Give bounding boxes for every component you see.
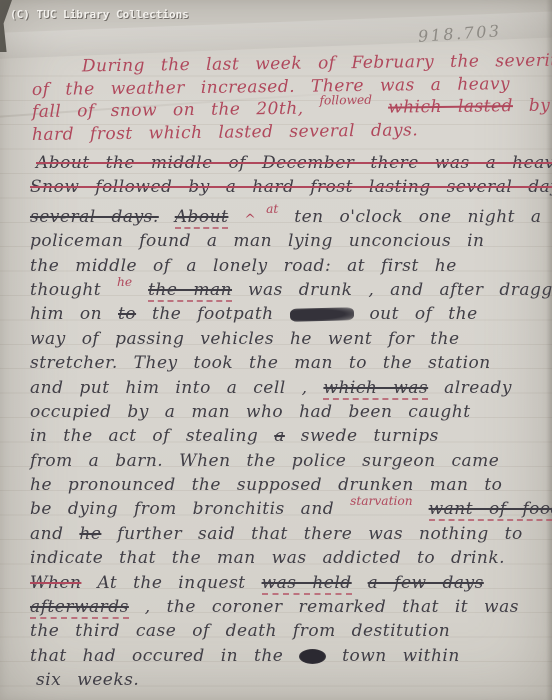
- struck-through-text: a few days: [368, 573, 484, 593]
- struck-through-text: a: [274, 426, 285, 446]
- handwritten-text: way of passing vehicles he went for the: [30, 329, 460, 349]
- handwritten-text: During the last week of February the sev…: [82, 50, 552, 76]
- handwritten-text: further said that there was nothing to: [117, 524, 522, 544]
- manuscript-line: several days. About ^ at ten o'clock one…: [30, 205, 540, 229]
- handwritten-text: out of the: [369, 304, 477, 324]
- manuscript-line: be dying from bronchitis and starvation …: [30, 497, 540, 521]
- handwritten-text: the footpath: [152, 304, 274, 324]
- manuscript-line: he pronounced the supposed drunken man t…: [30, 473, 540, 497]
- manuscript-line: policeman found a man lying unconcious i…: [30, 229, 540, 253]
- struck-through-text: About the middle of December there was a…: [36, 153, 552, 173]
- manuscript-line: thought he the man was drunk , and after…: [30, 278, 540, 302]
- scribbled-out-word: ink-blot: [299, 649, 326, 664]
- manuscript-line: the third case of death from destitution: [30, 619, 540, 643]
- struck-through-text: several days.: [30, 207, 159, 227]
- manuscript-line: and he further said that there was nothi…: [30, 522, 540, 546]
- caret-mark: ^: [244, 212, 256, 228]
- handwritten-text: occupied by a man who had been caught: [30, 402, 471, 422]
- manuscript-line: way of passing vehicles he went for the: [30, 327, 540, 351]
- handwritten-text: the third case of death from destitution: [30, 621, 450, 641]
- handwritten-text: the middle of a lonely road: at first he: [30, 256, 457, 276]
- handwritten-text: already: [444, 378, 512, 398]
- manuscript-line: About the middle of December there was a…: [30, 151, 540, 175]
- inserted-correction-text: at: [266, 202, 278, 216]
- handwritten-text: swede turnips: [301, 426, 439, 446]
- handwritten-text: ten o'clock one night a: [294, 207, 541, 227]
- handwritten-text: , the coroner remarked that it was: [145, 597, 519, 617]
- handwritten-text: policeman found a man lying unconcious i…: [30, 231, 485, 251]
- scribbled-out-word: scribbled-out: [289, 308, 353, 323]
- handwritten-text: that had occured in the: [30, 646, 283, 666]
- handwritten-text: in the act of stealing: [30, 426, 258, 446]
- manuscript-line: indicate that the man was addicted to dr…: [30, 546, 540, 570]
- struck-through-text: About: [175, 207, 229, 229]
- handwritten-text: from a barn. When the police surgeon cam…: [30, 451, 499, 471]
- handwritten-text: indicate that the man was addicted to dr…: [30, 548, 505, 568]
- manuscript-line: Snow followed by a hard frost lasting se…: [30, 175, 540, 199]
- struck-through-text: which was: [323, 378, 428, 400]
- manuscript-line: him on to the footpath scribbled-out out…: [30, 302, 540, 326]
- handwritten-text: stretcher. They took the man to the stat…: [30, 353, 491, 373]
- handwritten-text: he pronounced the supposed drunken man t…: [30, 475, 502, 495]
- manuscript-line: and put him into a cell , which was alre…: [30, 376, 540, 400]
- manuscript-line: the middle of a lonely road: at first he: [30, 254, 540, 278]
- manuscript-line: that had occured in the ink-blot town wi…: [30, 644, 540, 668]
- inserted-correction-text: followed: [319, 93, 372, 108]
- manuscript-line: from a barn. When the police surgeon cam…: [30, 449, 540, 473]
- handwritten-text: him on: [30, 304, 102, 324]
- handwritten-text: six weeks.: [36, 670, 139, 690]
- struck-through-text: which lasted: [388, 96, 513, 118]
- handwritten-text: town within: [342, 646, 460, 666]
- struck-through-text: the man: [148, 280, 232, 302]
- manuscript-line: occupied by a man who had been caught: [30, 400, 540, 424]
- handwritten-text: At: [97, 573, 117, 593]
- struck-through-text: want of food: [429, 499, 552, 521]
- struck-through-text: he: [79, 524, 101, 544]
- manuscript-line: six weeks.: [30, 668, 540, 692]
- handwritten-text: be dying from bronchitis and: [30, 499, 334, 519]
- struck-through-text: was held: [262, 573, 352, 595]
- inserted-correction-text: he: [117, 275, 132, 289]
- handwritten-text: hard frost which lasted several days.: [32, 120, 418, 145]
- handwritten-text: thought: [30, 280, 101, 300]
- struck-through-text: afterwards: [30, 597, 129, 619]
- manuscript-line: in the act of stealing a swede turnips: [30, 424, 540, 448]
- handwritten-text: fall of snow on the 20th,: [32, 99, 304, 122]
- handwritten-text: and: [30, 524, 63, 544]
- manuscript-lines: During the last week of February the sev…: [30, 56, 540, 693]
- handwritten-text: and put him into a cell ,: [30, 378, 308, 398]
- manuscript-line: afterwards , the coroner remarked that i…: [30, 595, 540, 619]
- inserted-correction-text: starvation: [350, 494, 413, 508]
- handwritten-text: the inquest: [133, 573, 246, 593]
- library-watermark: (C) TUC Library Collections: [10, 8, 189, 21]
- manuscript-line: When At the inquest was held a few days: [30, 571, 540, 595]
- handwritten-text: by a: [529, 95, 552, 116]
- struck-through-text: Snow followed by a hard frost lasting se…: [30, 177, 552, 197]
- manuscript-line: stretcher. They took the man to the stat…: [30, 351, 540, 375]
- struck-through-text: to: [118, 304, 136, 324]
- struck-through-text: When: [30, 573, 81, 593]
- handwritten-text: was drunk , and after dragging: [248, 280, 552, 300]
- scanned-manuscript-page: { "watermark": "(C) TUC Library Collecti…: [0, 0, 552, 700]
